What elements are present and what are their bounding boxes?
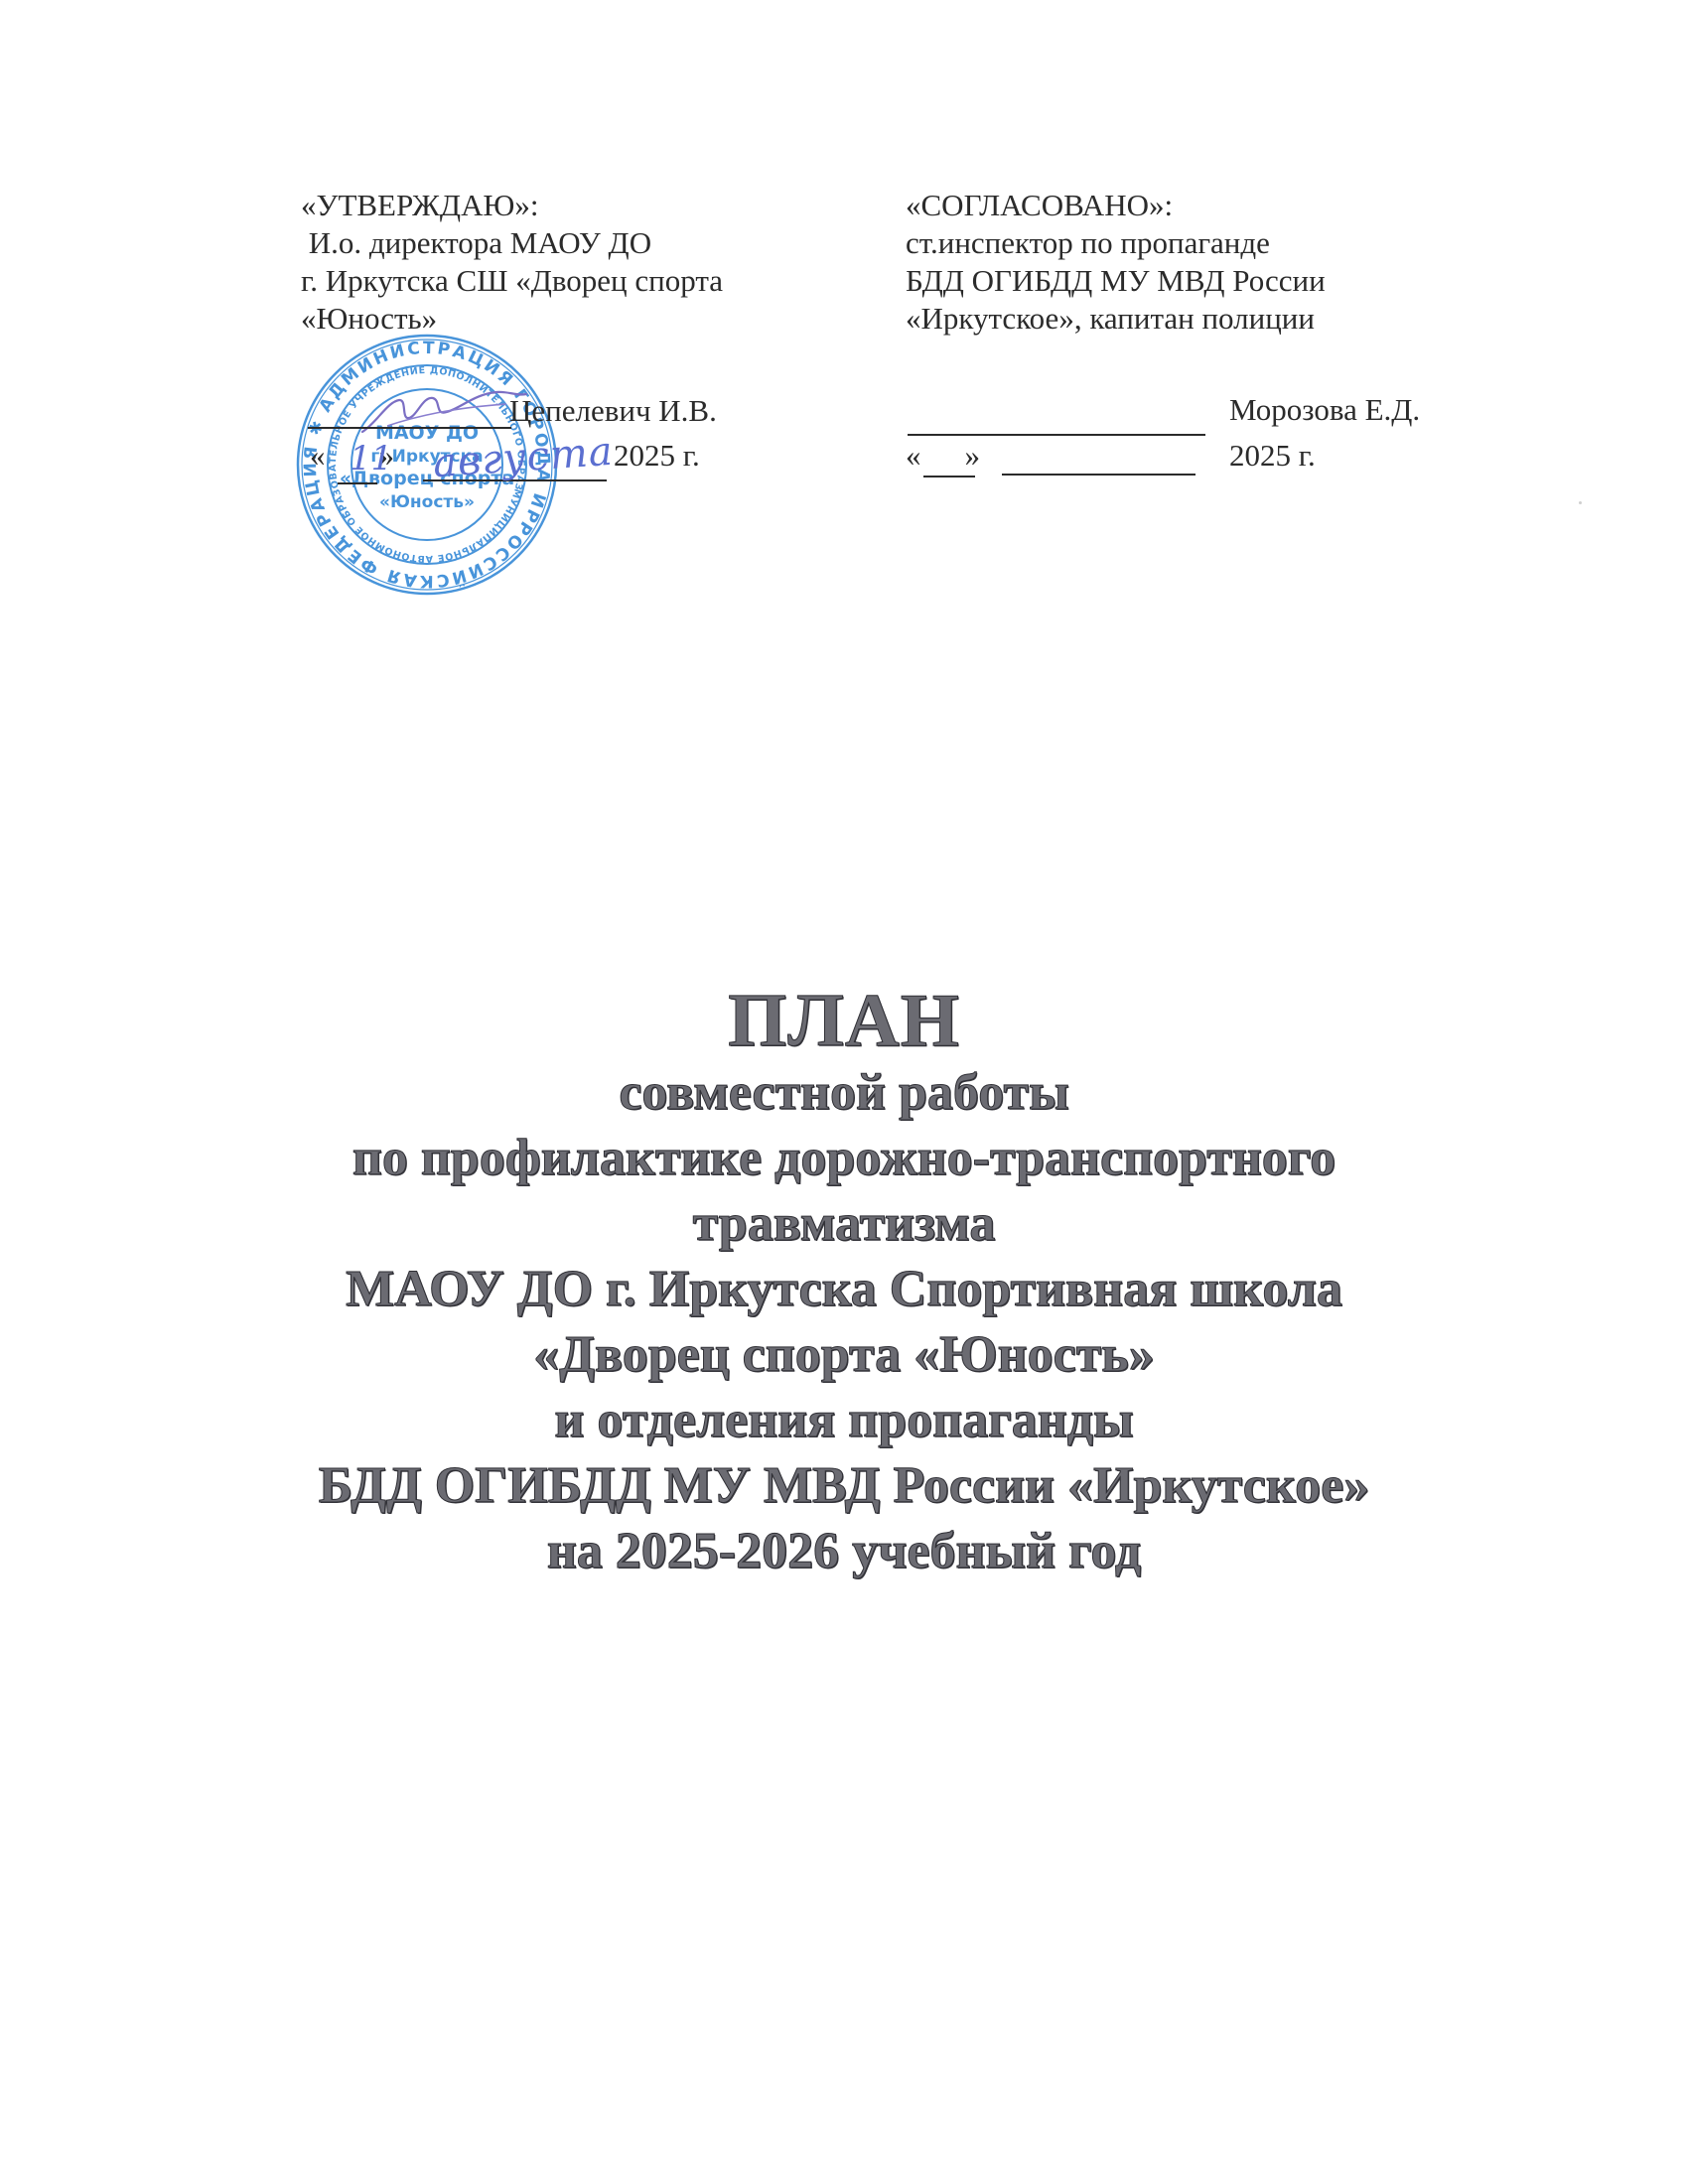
agreed-position-line-1: ст.инспектор по пропаганде [906, 224, 1326, 262]
agreed-signature-line [908, 434, 1205, 436]
agreed-heading: «СОГЛАСОВАНО»: [906, 187, 1326, 224]
title-line-6: и отделения пропаганды [0, 1388, 1688, 1453]
approve-date-open-quote: « [310, 438, 326, 473]
title-line-1: совместной работы [0, 1060, 1688, 1126]
scan-speck [1579, 501, 1582, 504]
approve-signature-line [308, 427, 511, 429]
agreed-year: 2025 г. [1229, 437, 1316, 475]
agreed-date-open-quote: « [906, 438, 921, 473]
agreed-date-close-quote: » [965, 438, 981, 473]
approve-position-line-1: И.о. директора МАОУ ДО [301, 224, 723, 262]
approve-year: 2025 г. [614, 437, 700, 475]
title-line-2: по профилактике дорожно-транспортного [0, 1126, 1688, 1191]
title-main: ПЛАН [0, 983, 1688, 1054]
agreed-position-line-3: «Иркутское», капитан полиции [906, 300, 1326, 338]
stamp-center-line-4: «Юность» [379, 492, 475, 512]
document-title: ПЛАН совместной работы по профилактике д… [0, 983, 1688, 1584]
approve-handwritten-day: 11 [350, 439, 392, 478]
approve-signatory-name: Цепелевич И.В. [509, 392, 717, 430]
document-page: «УТВЕРЖДАЮ»: И.о. директора МАОУ ДО г. И… [0, 0, 1688, 2184]
approve-heading: «УТВЕРЖДАЮ»: [301, 187, 723, 224]
agreed-date-row: «» [906, 437, 980, 475]
title-line-3: травматизма [0, 1191, 1688, 1257]
agreed-position-line-2: БДД ОГИБДД МУ МВД России [906, 262, 1326, 300]
agreed-signatory-name: Морозова Е.Д. [1229, 391, 1420, 429]
approve-position-line-2: г. Иркутска СШ «Дворец спорта [301, 262, 723, 300]
title-line-4: МАОУ ДО г. Иркутска Спортивная школа [0, 1257, 1688, 1322]
approval-block-approve: «УТВЕРЖДАЮ»: И.о. директора МАОУ ДО г. И… [301, 187, 723, 338]
title-line-8: на 2025-2026 учебный год [0, 1519, 1688, 1584]
agreed-month-line [1002, 474, 1196, 476]
approval-block-agreed: «СОГЛАСОВАНО»: ст.инспектор по пропаганд… [906, 187, 1326, 338]
agreed-day-line [923, 476, 975, 478]
title-line-5: «Дворец спорта «Юность» [0, 1322, 1688, 1388]
title-line-7: БДД ОГИБДД МУ МВД России «Иркутское» [0, 1453, 1688, 1519]
approve-day-line [338, 482, 377, 484]
